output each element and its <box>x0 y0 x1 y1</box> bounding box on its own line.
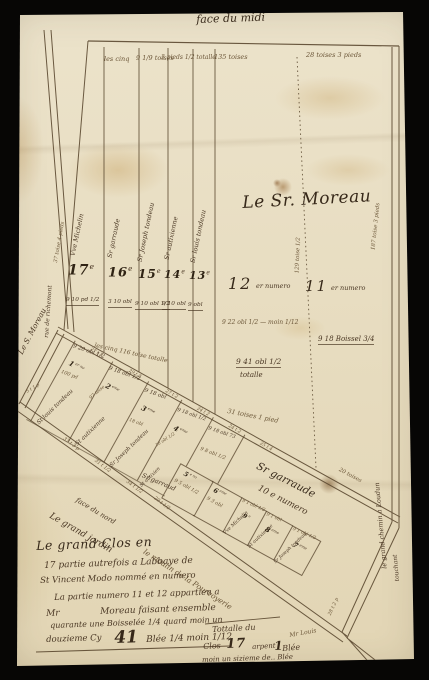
photo-of-manuscript-plan: { "top": { "face_south": "face du midi",… <box>0 0 429 680</box>
map-sheet: face du midi les cinq 9 1/9 toises 3 pie… <box>0 0 429 680</box>
photo-vignette <box>0 0 429 680</box>
